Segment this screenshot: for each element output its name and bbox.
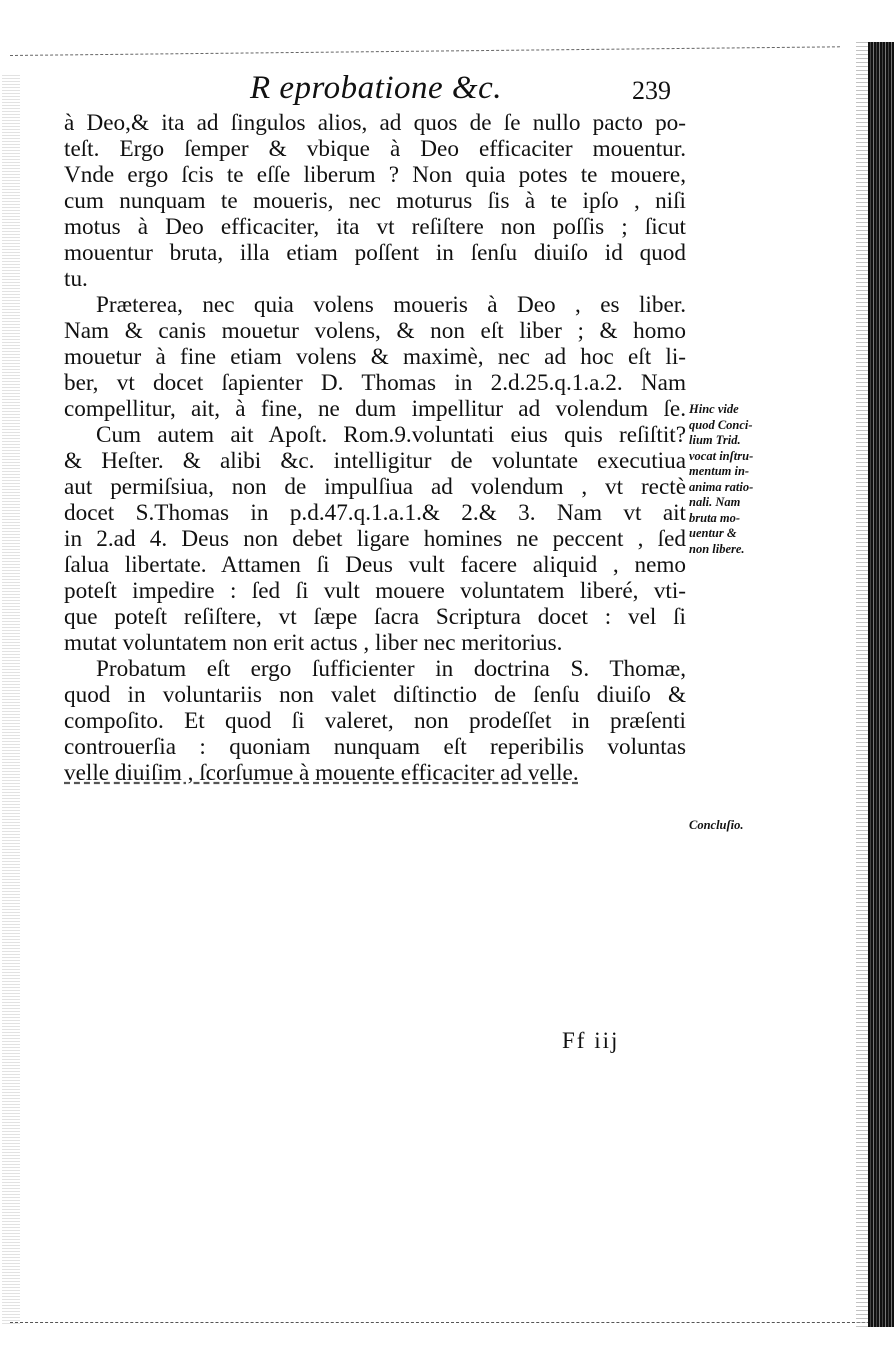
page-gutter-shadow [2, 75, 20, 1325]
text-line: velle diuiſim , ſcorſumue à mouente effi… [64, 760, 686, 786]
margin-note-line: lium Trid. [689, 433, 775, 449]
text-line: à Deo,& ita ad ſingulos alios, ad quos d… [64, 110, 686, 136]
text-line: compellitur, ait, à fine, ne dum impelli… [64, 396, 686, 422]
text-line: que poteſt reſiſtere, vt ſæpe ſacra Scri… [64, 604, 686, 630]
running-head-title: R eprobatione &c. [250, 70, 502, 107]
margin-note-council-trent: Hinc videquod Conci-lium Trid.vocat inſt… [689, 402, 775, 557]
text-line: in 2.ad 4. Deus non debet ligare homines… [64, 526, 686, 552]
text-line: mouetur à fine etiam volens & maximè, ne… [64, 344, 686, 370]
body-text: à Deo,& ita ad ſingulos alios, ad quos d… [64, 110, 686, 786]
text-line: teſt. Ergo ſemper & vbique à Deo efficac… [64, 136, 686, 162]
text-line: poteſt impedire : ſed ſi vult mouere vol… [64, 578, 686, 604]
page-fore-edge-fade [856, 42, 868, 1327]
margin-note-line: bruta mo- [689, 511, 775, 527]
text-line: Probatum eſt ergo ſufficienter in doctri… [64, 656, 686, 682]
text-line: mouentur bruta, illa etiam poſſent in ſe… [64, 240, 686, 266]
margin-note-line: anima ratio- [689, 480, 775, 496]
page-fore-edge [868, 42, 894, 1327]
text-line: controuerſia : quoniam nunquam eſt reper… [64, 734, 686, 760]
text-line: & Heſter. & alibi &c. intelligitur de vo… [64, 448, 686, 474]
text-line: docet S.Thomas in p.d.47.q.1.a.1.& 2.& 3… [64, 500, 686, 526]
text-line: Vnde ergo ſcis te eſſe liberum ? Non qui… [64, 162, 686, 188]
page-number: 239 [632, 76, 671, 106]
text-line: aut permiſsiua, non de impulſiua ad vole… [64, 474, 686, 500]
margin-note-conclusio: Concluſio. [689, 818, 775, 834]
margin-note-line: nali. Nam [689, 495, 775, 511]
text-line: motus à Deo efficaciter, ita vt reſiſter… [64, 214, 686, 240]
page-bottom-edge [10, 1322, 880, 1324]
text-line: mutat voluntatem non erit actus , liber … [64, 630, 686, 656]
running-head: R eprobatione &c. 239 [250, 70, 690, 110]
margin-note-line: mentum in- [689, 464, 775, 480]
text-line: cum nunquam te moueris, nec moturus ſis … [64, 188, 686, 214]
text-line: ber, vt docet ſapienter D. Thomas in 2.d… [64, 370, 686, 396]
signature-mark: Ff iij [562, 1028, 619, 1054]
margin-note-line: Hinc vide [689, 402, 775, 418]
margin-note-line: uentur & [689, 526, 775, 542]
text-line: compoſito. Et quod ſi valeret, non prode… [64, 708, 686, 734]
margin-note-line: Concluſio. [689, 818, 775, 834]
page-top-edge [10, 46, 840, 57]
text-line: tu. [64, 266, 686, 292]
margin-note-line: quod Conci- [689, 418, 775, 434]
text-line: Cum autem ait Apoſt. Rom.9.voluntati eiu… [64, 422, 686, 448]
text-line: ſalua libertate. Attamen ſi Deus vult fa… [64, 552, 686, 578]
text-line: Nam & canis mouetur volens, & non eſt li… [64, 318, 686, 344]
margin-note-line: vocat inſtru- [689, 449, 775, 465]
text-line: quod in voluntariis non valet diſtinctio… [64, 682, 686, 708]
text-line: Præterea, nec quia volens moueris à Deo … [64, 292, 686, 318]
margin-note-line: non libere. [689, 542, 775, 558]
